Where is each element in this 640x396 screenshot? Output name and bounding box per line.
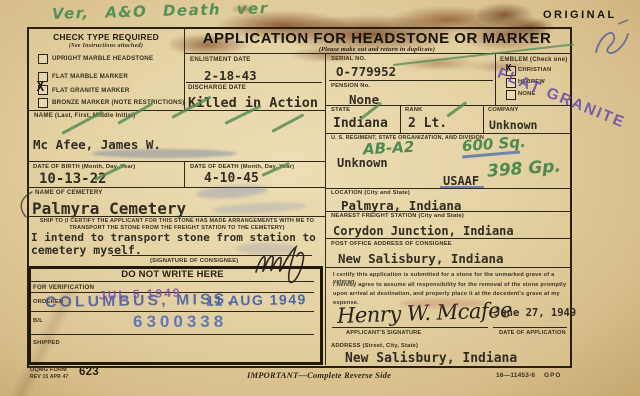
regiment-handwritten-note-1: AB-A2 <box>363 138 415 159</box>
checkbox-label: FLAT MARBLE MARKER <box>52 73 128 80</box>
checkbox-label: BRONZE MARKER (NOTE RESTRICTIONS) <box>52 99 184 106</box>
divider <box>184 53 570 54</box>
do-not-write-title: DO NOT WRITE HERE <box>31 269 314 280</box>
divider <box>325 53 326 365</box>
divider <box>400 105 401 133</box>
company-label: COMPANY <box>488 107 519 114</box>
gpo-label: GPO <box>544 372 561 380</box>
ghost-stamp-mark <box>400 299 485 308</box>
check-type-subtitle: (See Instructions attached) <box>30 42 182 49</box>
consignee-po-label: POST OFFICE ADDRESS OF CONSIGNEE <box>331 241 452 248</box>
ship-to-value-line2: cemetery myself. <box>31 243 142 257</box>
divider <box>31 281 314 282</box>
address-label: ADDRESS (Street, City, State) <box>331 343 418 350</box>
freight-station-value: Corydon Junction, Indiana <box>333 224 514 238</box>
consignee-signature-label: (SIGNATURE OF CONSIGNEE) <box>150 258 238 265</box>
serial-no-label: SERIAL NO. <box>331 56 366 63</box>
state-label: STATE <box>331 107 350 114</box>
enlistment-date-value: 2-18-43 <box>204 68 257 83</box>
death-date-value: 4-10-45 <box>204 171 259 186</box>
divider <box>483 105 484 133</box>
pen-scribble <box>590 18 634 64</box>
location-label: LOCATION (City and State) <box>331 190 410 197</box>
rank-value: 2 Lt. <box>408 116 447 131</box>
checkbox-none <box>506 90 516 100</box>
applicant-signature-label: APPLICANT'S SIGNATURE <box>346 330 421 337</box>
bl-label: B/L <box>33 318 43 325</box>
for-verification-label: FOR VERIFICATION <box>33 284 94 291</box>
shipped-label: SHIPPED <box>33 340 60 347</box>
blue-ink-smudge <box>92 149 237 158</box>
application-date-label: DATE OF APPLICATION <box>499 330 566 337</box>
date-stamp-jul: JUL 5 1949 <box>99 286 182 303</box>
blue-ink-underline <box>440 186 484 188</box>
enlistment-date-label: ENLISTMENT DATE <box>190 56 251 63</box>
divider <box>325 238 570 239</box>
form-number: 623 <box>79 366 99 380</box>
checkbox-label: UPRIGHT MARBLE HEADSTONE <box>52 55 153 62</box>
form-number-rev: REV 15 APR 47 <box>30 374 69 380</box>
location-value: Palmyra, Indiana <box>341 198 461 213</box>
application-date-value: June 27, 1949 <box>494 307 576 319</box>
divider <box>329 80 493 81</box>
bl-number-stamp: 6300338 <box>133 312 227 332</box>
divider <box>31 334 314 335</box>
divider <box>27 161 326 162</box>
date-stamp-aug: 11 AUG 1949 <box>206 291 307 309</box>
serial-no-value: O-779952 <box>336 64 396 79</box>
freight-station-label: NEAREST FREIGHT STATION (City and State) <box>331 213 464 220</box>
print-code: 16—11453-6 <box>496 372 535 380</box>
pension-no-label: PENSION No. <box>331 83 370 90</box>
pen-scribble <box>14 190 36 220</box>
rank-label: RANK <box>405 107 423 114</box>
regiment-value: Unknown <box>337 156 388 170</box>
consignee-po-value: New Salisbury, Indiana <box>338 251 504 266</box>
checkbox-bronze <box>38 98 48 108</box>
checkbox-upright-marble <box>38 54 48 64</box>
ship-to-label: SHIP TO (I CERTIFY THE APPLICANT FOR THI… <box>33 218 321 231</box>
ghost-stamp-mark <box>236 243 296 254</box>
company-value: Unknown <box>489 118 537 132</box>
cemetery-value: Palmyra Cemetery <box>32 199 186 218</box>
checkbox-label: FLAT GRANITE MARKER <box>52 87 130 94</box>
cemetery-label: NAME OF CEMETERY <box>35 189 103 196</box>
flat-granite-check-mark: X <box>37 80 45 95</box>
address-value: New Salisbury, Indiana <box>345 351 517 366</box>
form-number-name: OQMG FORM <box>30 367 67 374</box>
divider <box>184 161 185 187</box>
check-type-title: CHECK TYPE REQUIRED <box>30 32 182 42</box>
application-date-line <box>493 327 567 328</box>
important-note: IMPORTANT—Complete Reverse Side <box>247 370 391 380</box>
divider <box>325 267 570 268</box>
discharge-date-label: DISCHARGE DATE <box>188 84 246 91</box>
